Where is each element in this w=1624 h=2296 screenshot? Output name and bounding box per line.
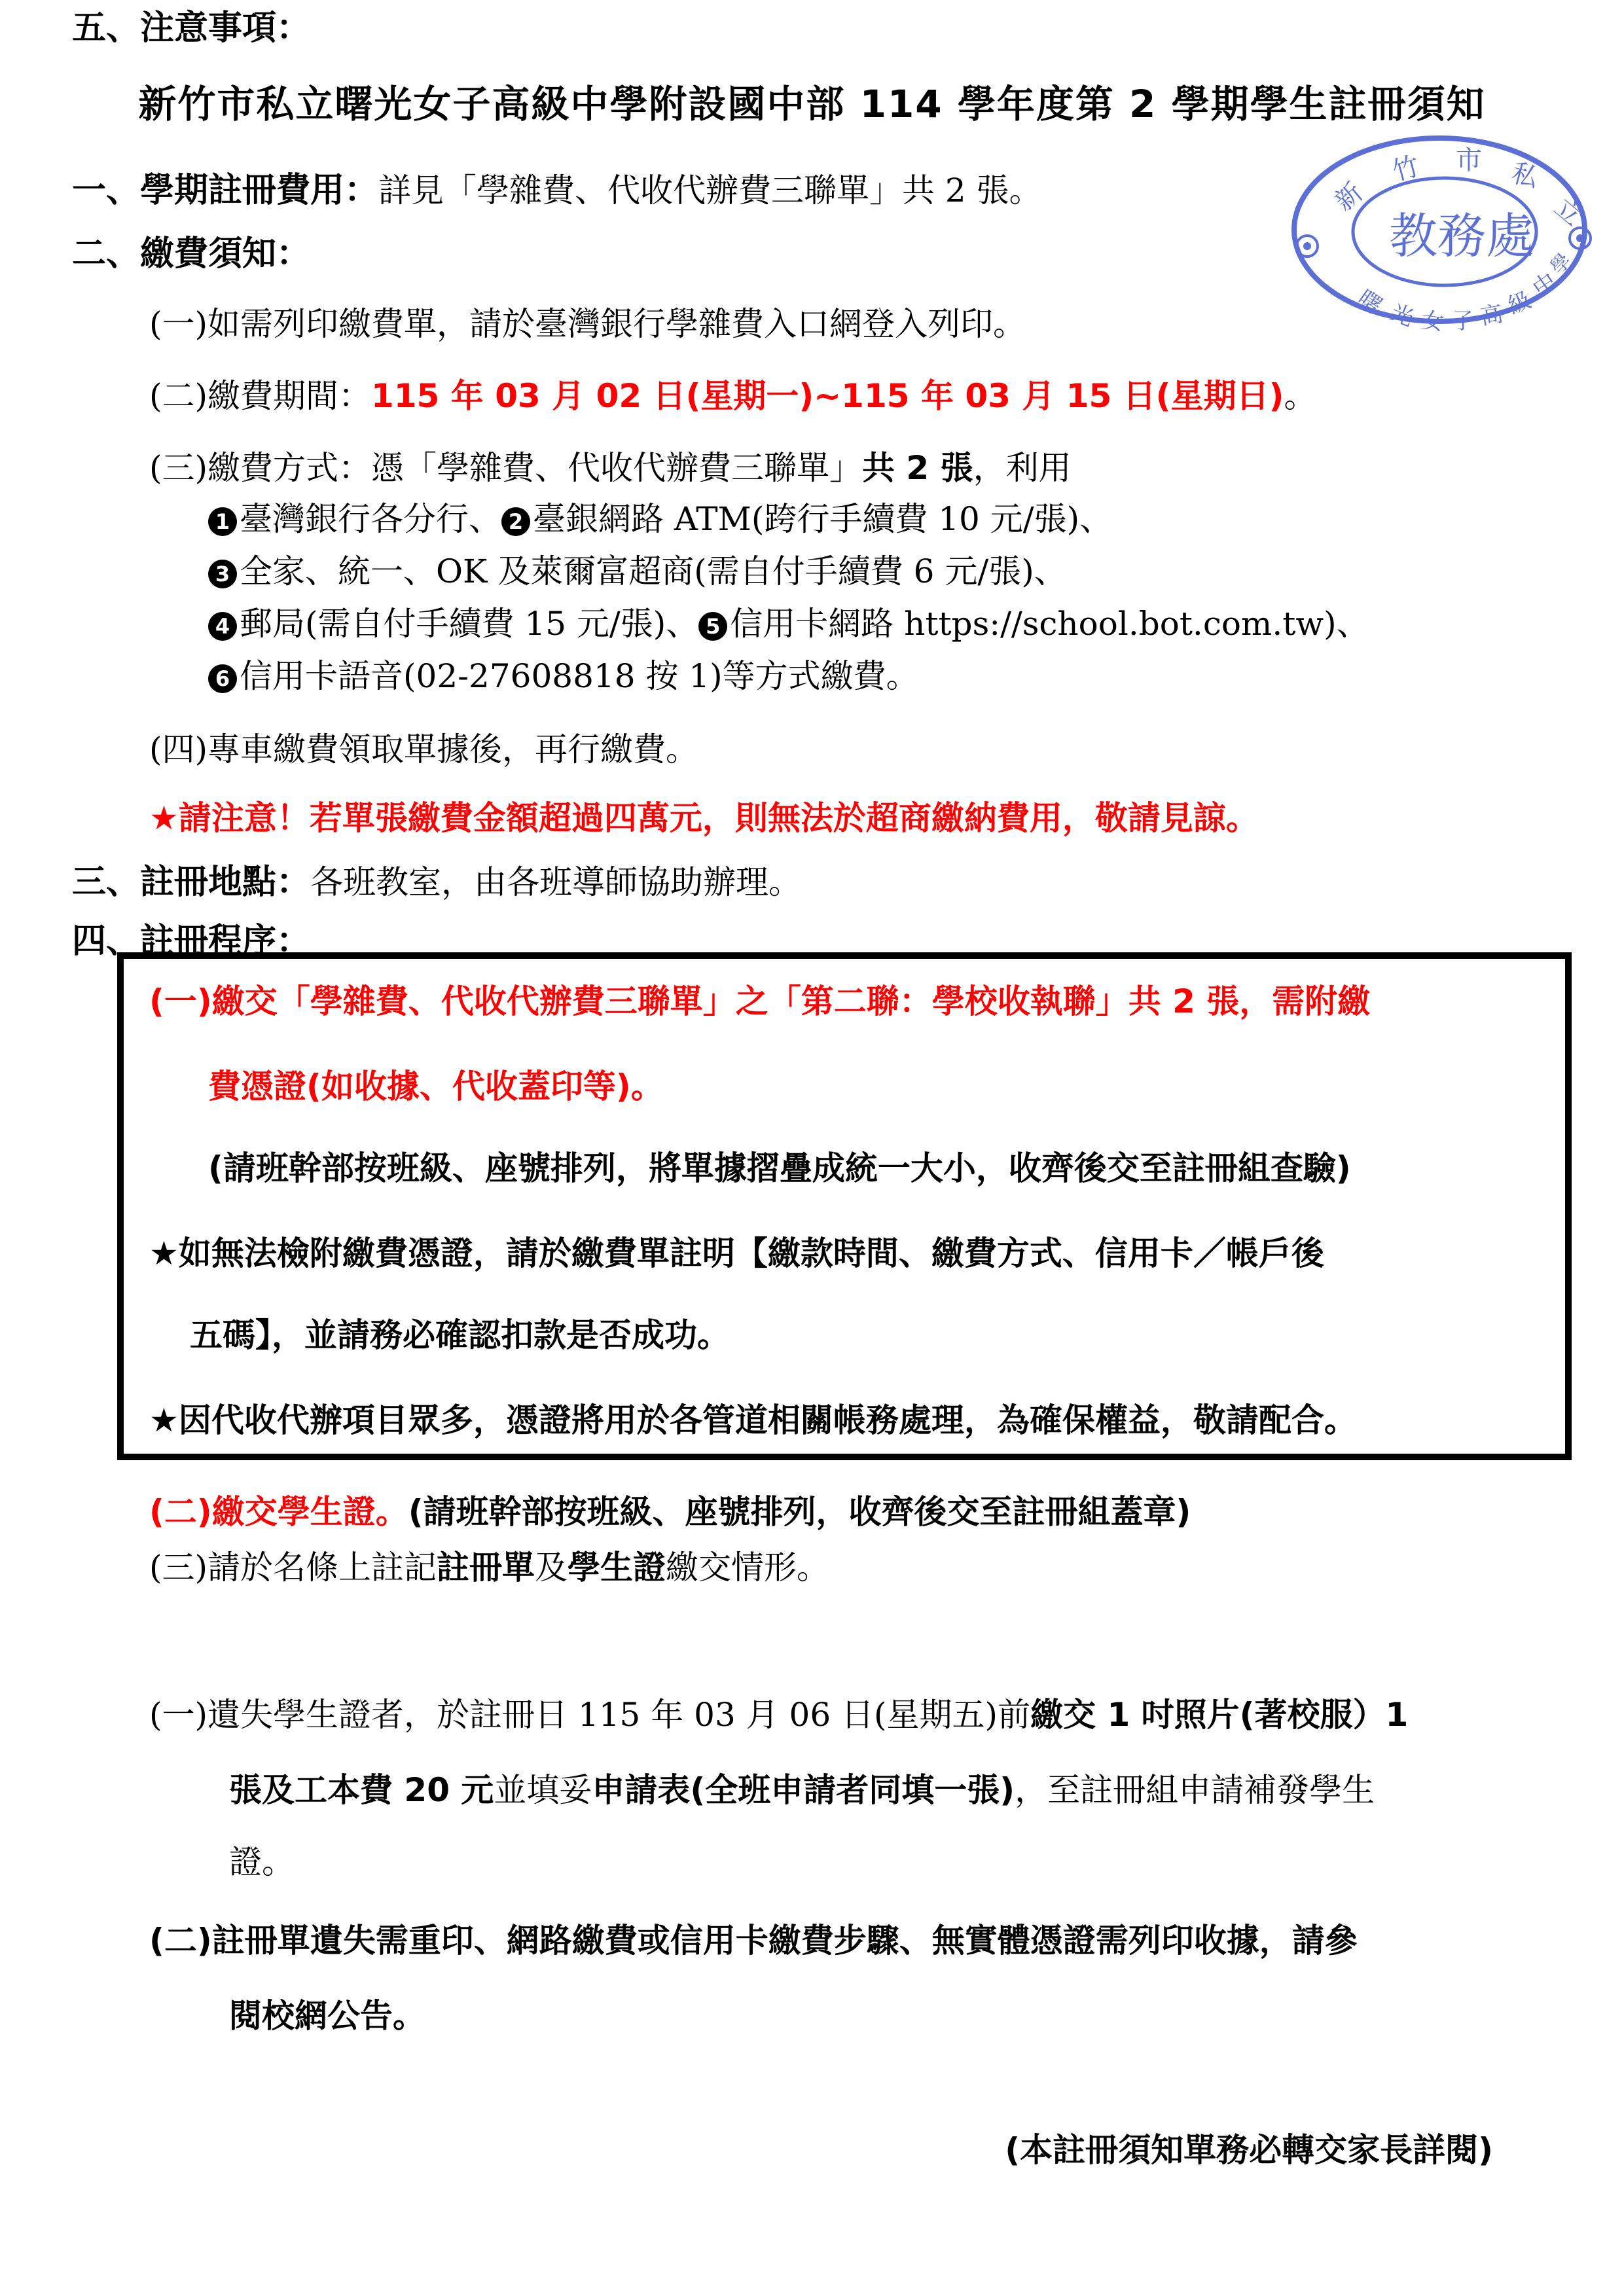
payment-method-suffix: ，利用 — [973, 449, 1072, 487]
payment-count: 共 2 張 — [862, 449, 973, 487]
text: 及 — [535, 1549, 568, 1587]
svg-text:立: 立 — [1549, 192, 1588, 232]
text: 繳交情形。 — [666, 1549, 829, 1587]
procedure-item-1-line-2: 費憑證(如收據、代收蓋印等)。 — [208, 1060, 664, 1107]
period-end: 。 — [1284, 377, 1316, 415]
svg-text:級: 級 — [1504, 287, 1535, 320]
notes-item-2-line-1: (二)註冊單遺失需重印、網路繳費或信用卡繳費步驟、無實體憑證需列印收據，請參 — [149, 1914, 1358, 1962]
document-title: 新竹市私立曙光女子高級中學附設國中部 114 學年度第 2 學期學生註冊須知 — [0, 73, 1624, 128]
procedure-item-2: (二)繳交學生證。(請班幹部按班級、座號排列，收齊後交至註冊組蓋章) — [149, 1486, 1191, 1533]
section-heading: 三、註冊地點： — [72, 863, 310, 902]
payment-period-value: 115 年 03 月 02 日(星期一)~115 年 03 月 15 日(星期日… — [371, 377, 1284, 415]
section-heading: 一、學期註冊費用： — [72, 171, 378, 210]
payment-method-prefix: (三)繳費方式：憑「學雜費、代收代辦費三聯單」 — [149, 449, 862, 487]
procedure-star-note-2: ★因代收代辦項目眾多，憑證將用於各管道相關帳務處理，為確保權益，敬請配合。 — [149, 1394, 1357, 1441]
payment-item-3: (三)繳費方式：憑「學雜費、代收代辦費三聯單」共 2 張，利用 — [149, 442, 1072, 489]
method-text: 臺灣銀行各分行、 — [240, 500, 501, 538]
procedure-item-1-line-1: (一)繳交「學雜費、代收代辦費三聯單」之「第二聯：學校收執聯」共 2 張，需附繳 — [149, 975, 1370, 1022]
payment-methods-line-3: 4郵局(需自付手續費 15 元/張)、5信用卡網路 https://school… — [208, 598, 1369, 645]
notes-item-2-line-2: 閱校網公告。 — [229, 1990, 425, 2037]
payment-item-2: (二)繳費期間：115 年 03 月 02 日(星期一)~115 年 03 月 … — [149, 370, 1316, 417]
circled-number-3-icon: 3 — [208, 560, 237, 588]
submit-student-id-note: (請班幹部按班級、座號排列，收齊後交至註冊組蓋章) — [408, 1493, 1191, 1531]
parent-notice-footer: (本註冊須知單務必轉交家長詳閱) — [1005, 2124, 1493, 2171]
notes-item-1-line-2: 張及工本費 20 元並填妥申請表(全班申請者同填一張)，至註冊組申請補發學生 — [229, 1764, 1375, 1811]
bold-photo-requirement: 繳交 1 吋照片(著校服）1 — [1030, 1696, 1408, 1734]
procedure-notice-box — [117, 952, 1572, 1460]
text: ，至註冊組申請補發學生 — [1015, 1771, 1375, 1809]
svg-text:教務處: 教務處 — [1389, 208, 1534, 264]
method-text: 郵局(需自付手續費 15 元/張)、 — [240, 605, 698, 643]
payment-methods-line-2: 3全家、統一、OK 及萊爾富超商(需自付手續費 6 元/張)、 — [208, 545, 1067, 592]
text: (一)遺失學生證者，於註冊日 115 年 03 月 06 日(星期五)前 — [149, 1696, 1030, 1734]
svg-text:子: 子 — [1452, 308, 1474, 331]
notes-item-1-line-1: (一)遺失學生證者，於註冊日 115 年 03 月 06 日(星期五)前繳交 1… — [149, 1689, 1408, 1736]
svg-text:市: 市 — [1456, 145, 1482, 175]
circled-number-4-icon: 4 — [208, 612, 237, 641]
section-registration-location: 三、註冊地點：各班教室，由各班導師協助辦理。 — [72, 854, 801, 903]
circled-number-2-icon: 2 — [501, 507, 530, 536]
circled-number-5-icon: 5 — [698, 612, 727, 641]
school-stamp: 新 竹 市 私 立 曙 光 女 子 高 級 中 學 教務處 — [1284, 128, 1595, 331]
svg-text:高: 高 — [1479, 301, 1505, 331]
bold-student-id: 學生證 — [568, 1549, 666, 1587]
section-text: 詳見「學雜費、代收代辦費三聯單」共 2 張。 — [378, 171, 1042, 209]
method-text: 全家、統一、OK 及萊爾富超商(需自付手續費 6 元/張)、 — [240, 552, 1067, 590]
bold-registration-form: 註冊單 — [437, 1549, 535, 1587]
text: 並填妥 — [494, 1771, 592, 1809]
method-text: 信用卡語音(02-27608818 按 1)等方式繳費。 — [240, 657, 919, 695]
procedure-star-note-1-line-2: 五碼】，並請務必確認扣款是否成功。 — [190, 1309, 730, 1356]
stamp-char: 新 — [1329, 177, 1369, 217]
section-payment-heading: 二、繳費須知： — [72, 226, 310, 275]
circled-number-1-icon: 1 — [208, 507, 237, 536]
payment-methods-line-4: 6信用卡語音(02-27608818 按 1)等方式繳費。 — [208, 650, 919, 697]
convenience-store-warning: ★請注意！若單張繳費金額超過四萬元，則無法於超商繳納費用，敬請見諒。 — [149, 792, 1259, 839]
section-notes-heading: 五、注意事項： — [72, 0, 310, 49]
stamp-seal-icon: 新 竹 市 私 立 曙 光 女 子 高 級 中 學 教務處 — [1284, 128, 1595, 331]
payment-item-4: (四)專車繳費領取單據後，再行繳費。 — [149, 723, 698, 770]
svg-text:光: 光 — [1387, 299, 1418, 331]
section-registration-fees: 一、學期註冊費用：詳見「學雜費、代收代辦費三聯單」共 2 張。 — [72, 162, 1042, 211]
notes-item-1-line-3: 證。 — [229, 1836, 295, 1883]
method-text: 臺銀網路 ATM(跨行手續費 10 元/張)、 — [533, 500, 1112, 538]
procedure-item-1-note: (請班幹部按班級、座號排列，將單據摺疊成統一大小，收齊後交至註冊組查驗) — [208, 1142, 1351, 1189]
payment-period-label: (二)繳費期間： — [149, 377, 371, 415]
svg-text:女: 女 — [1420, 307, 1445, 331]
text: (三)請於名條上註記 — [149, 1549, 437, 1587]
procedure-item-3: (三)請於名條上註記註冊單及學生證繳交情形。 — [149, 1541, 829, 1588]
method-link-text: 信用卡網路 https://school.bot.com.tw)、 — [730, 605, 1369, 643]
bold-application-form: 申請表(全班申請者同填一張) — [592, 1771, 1015, 1809]
payment-item-1: (一)如需列印繳費單，請於臺灣銀行學雜費入口網登入列印。 — [149, 298, 1026, 345]
submit-student-id: (二)繳交學生證。 — [149, 1493, 408, 1531]
payment-methods-line-1: 1臺灣銀行各分行、2臺銀網路 ATM(跨行手續費 10 元/張)、 — [208, 493, 1112, 540]
svg-text:私: 私 — [1508, 158, 1542, 194]
circled-number-6-icon: 6 — [208, 664, 237, 693]
procedure-star-note-1-line-1: ★如無法檢附繳費憑證，請於繳費單註明【繳款時間、繳費方式、信用卡／帳戶後 — [149, 1227, 1324, 1274]
bold-fee: 張及工本費 20 元 — [229, 1771, 494, 1809]
section-text: 各班教室，由各班導師協助辦理。 — [310, 863, 801, 901]
